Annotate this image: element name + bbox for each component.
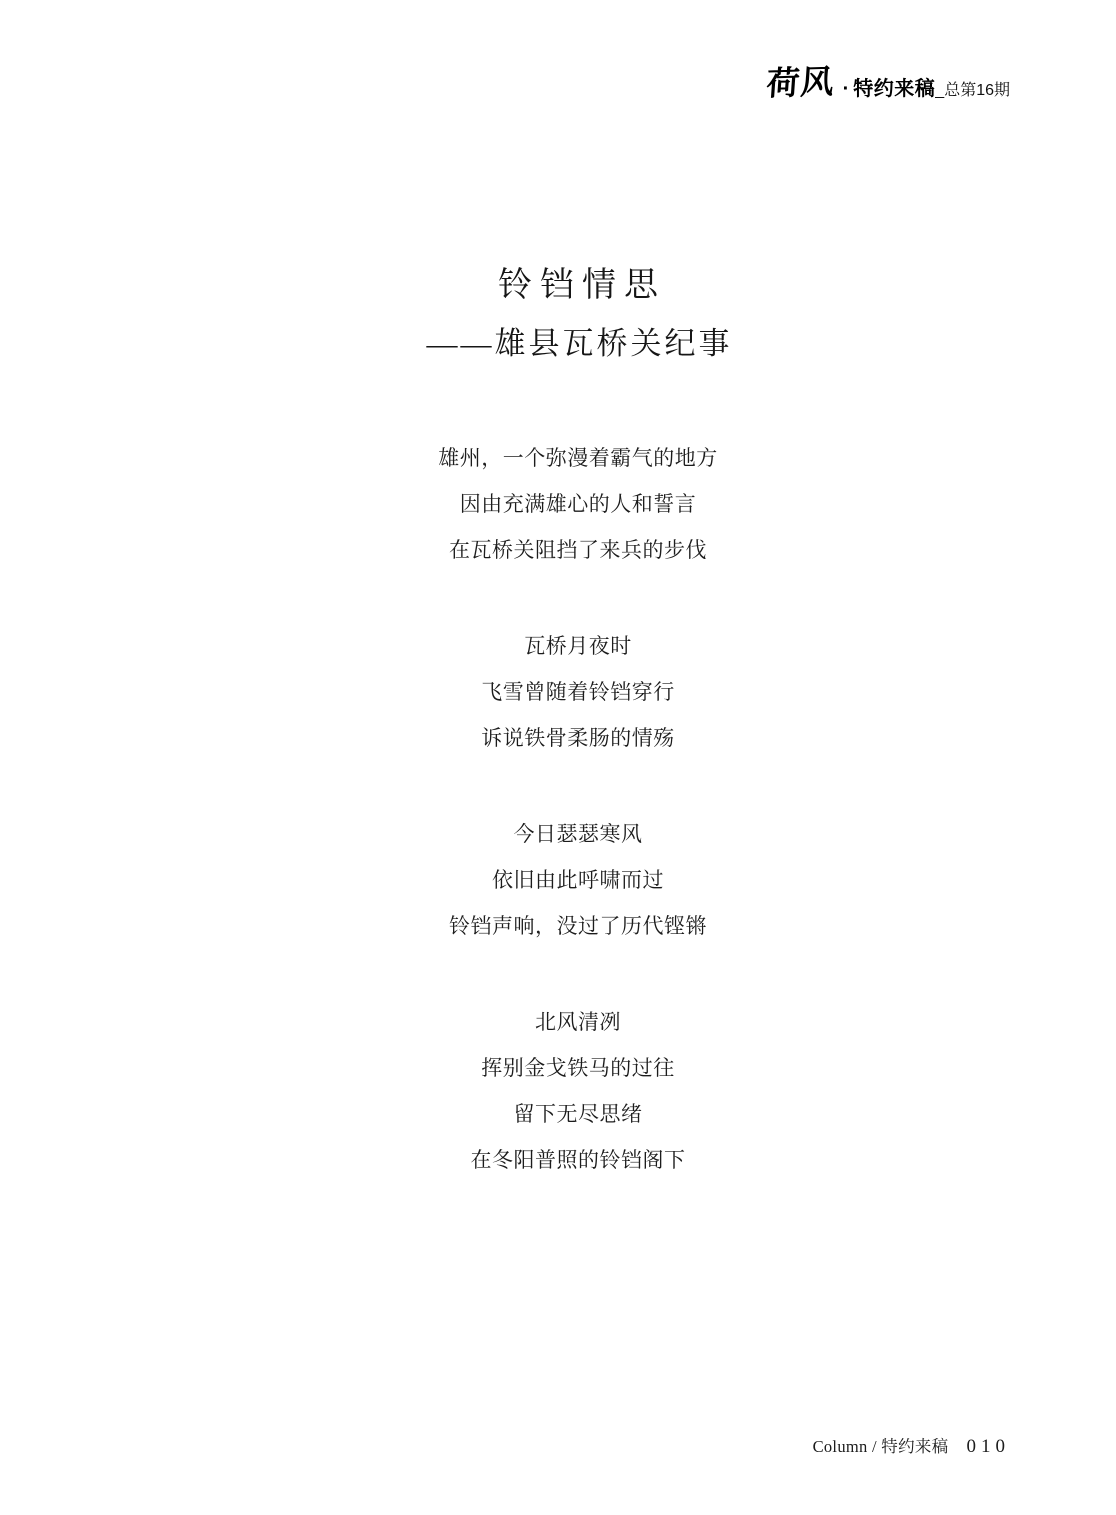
poem-line: 依旧由此呼啸而过 bbox=[40, 857, 1116, 903]
poem-line: 飞雪曾随着铃铛穿行 bbox=[40, 669, 1116, 715]
stanza-2: 瓦桥月夜时 飞雪曾随着铃铛穿行 诉说铁骨柔肠的情殇 bbox=[40, 623, 1116, 761]
poem-line: 因由充满雄心的人和誓言 bbox=[40, 481, 1116, 527]
poem-line: 北风清冽 bbox=[40, 999, 1116, 1045]
page-number: 010 bbox=[967, 1436, 1011, 1458]
poem-title: 铃铛情思 bbox=[40, 266, 1116, 305]
poem-line: 在冬阳普照的铃铛阁下 bbox=[40, 1137, 1116, 1183]
poem-line: 挥别金戈铁马的过往 bbox=[40, 1045, 1116, 1091]
stanza-1: 雄州，一个弥漫着霸气的地方 因由充满雄心的人和誓言 在瓦桥关阻挡了来兵的步伐 bbox=[40, 435, 1116, 573]
poem-line: 瓦桥月夜时 bbox=[40, 623, 1116, 669]
poem-line: 今日瑟瑟寒风 bbox=[40, 811, 1116, 857]
poem-subtitle: ——雄县瓦桥关纪事 bbox=[40, 326, 1116, 362]
content-column: 铃铛情思 ——雄县瓦桥关纪事 雄州，一个弥漫着霸气的地方 因由充满雄心的人和誓言… bbox=[40, 0, 1116, 1515]
magazine-page: 荷风 · 特约来稿 _总第16期 铃铛情思 ——雄县瓦桥关纪事 雄州，一个弥漫着… bbox=[0, 0, 1116, 1515]
poem-line: 雄州，一个弥漫着霸气的地方 bbox=[40, 435, 1116, 481]
poem-line: 诉说铁骨柔肠的情殇 bbox=[40, 715, 1116, 761]
poem-line: 铃铛声响，没过了历代铿锵 bbox=[40, 903, 1116, 949]
poem-body: 雄州，一个弥漫着霸气的地方 因由充满雄心的人和誓言 在瓦桥关阻挡了来兵的步伐 瓦… bbox=[40, 435, 1116, 1233]
stanza-3: 今日瑟瑟寒风 依旧由此呼啸而过 铃铛声响，没过了历代铿锵 bbox=[40, 811, 1116, 949]
poem-line: 留下无尽思绪 bbox=[40, 1091, 1116, 1137]
page-footer: Column / 特约来稿 010 bbox=[813, 1433, 1010, 1458]
footer-column-label: Column / 特约来稿 bbox=[813, 1433, 949, 1457]
poem-line: 在瓦桥关阻挡了来兵的步伐 bbox=[40, 527, 1116, 573]
stanza-4: 北风清冽 挥别金戈铁马的过往 留下无尽思绪 在冬阳普照的铃铛阁下 bbox=[40, 999, 1116, 1183]
